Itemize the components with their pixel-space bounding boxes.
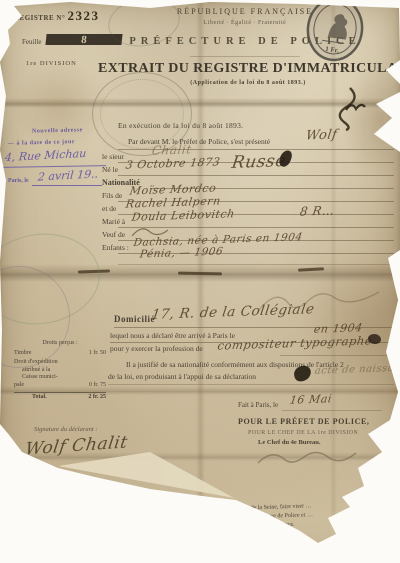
margin-stamp-line2: — à la date de ce jour xyxy=(8,139,75,147)
enfant2-handwritten: Pénia, — 1906 xyxy=(139,246,224,261)
presentation-label: Par devant M. le Préfet de Police, s'est… xyxy=(128,137,270,146)
sieur-handwritten: Chalit xyxy=(151,142,193,157)
fait-a-paris-label: Fait à Paris, le xyxy=(238,401,278,409)
justification-handwritten: acte de naissance xyxy=(314,362,400,376)
fees-total-row: Total. 2 fr. 25 xyxy=(14,392,106,402)
fee-value: 1 fr. 50 xyxy=(89,350,106,358)
ink-mark xyxy=(344,100,368,114)
profession-label: pour y exercer la profession de xyxy=(110,344,203,353)
ink-blot xyxy=(368,334,381,344)
arrivee-label: lequel nous a déclaré être arrivé à Pari… xyxy=(110,331,235,340)
fait-date-handwritten: 16 Mai xyxy=(289,392,333,406)
execution-line: En exécution de la loi du 8 août 1893. xyxy=(118,121,243,130)
crease-vertical xyxy=(196,0,205,523)
registre-label: REGISTRE N° xyxy=(14,14,65,22)
fee-line: attribué à la xyxy=(14,367,106,375)
ne-le-label: Né le xyxy=(102,165,118,174)
declarant-label: Signature du déclarant : xyxy=(34,426,98,433)
feuille-number: 8 xyxy=(81,34,88,46)
writing-line xyxy=(280,355,392,356)
sieur-label: le sieur xyxy=(102,152,124,161)
enfants-label: Enfants : xyxy=(102,243,129,252)
marie-label: Marié à xyxy=(102,217,125,226)
crease-vertical xyxy=(330,0,337,523)
feuille-label: Feuille xyxy=(22,38,41,46)
justification-line2: de la loi, en produisant à l'appui de sa… xyxy=(108,372,256,381)
fees-row-timbre: Timbre 1 fr. 50 xyxy=(14,350,106,358)
fee-label: Timbre xyxy=(14,350,31,358)
et-de-label: et de xyxy=(102,204,116,213)
fees-header: Droits perçus : xyxy=(14,340,106,348)
pour-prefet-line: POUR LE PRÉFET DE POLICE, xyxy=(238,417,370,426)
domicile-label: Domicilié xyxy=(114,314,155,324)
registre-block: REGISTRE N° 2323 xyxy=(14,8,100,24)
fils-de-label: Fils de xyxy=(102,191,122,200)
veuf-label: Veuf de xyxy=(102,230,125,239)
revenue-stamp: 1 Fr. xyxy=(302,0,369,66)
divider xyxy=(190,56,300,57)
footer-line3: nouvelle résidence. xyxy=(214,518,364,532)
margin-date-handwritten: 2 avril 19.. xyxy=(37,167,99,183)
margin-address-handwritten: 4, Rue Michau xyxy=(4,147,87,164)
fees-total-value: 2 fr. 25 xyxy=(88,394,106,402)
margin-place-label: Paris, le xyxy=(8,178,29,184)
registre-number: 2323 xyxy=(68,8,100,23)
domicile-handwritten: 17, R. de la Collégiale xyxy=(150,301,315,323)
ne-le-handwritten: 3 Octobre 1873 xyxy=(125,155,221,171)
division-label: 1re DIVISION xyxy=(26,60,77,67)
writing-line xyxy=(108,384,394,385)
official-signature xyxy=(252,447,362,471)
revenue-stamp-graphic: 1 Fr. xyxy=(302,0,369,66)
margin-rule xyxy=(32,185,102,186)
chef-bureau-line: Le Chef du 4e Bureau. xyxy=(258,439,321,446)
pour-chef-line: POUR LE CHEF DE LA 1re DIVISION xyxy=(248,430,358,436)
writing-line xyxy=(282,410,382,411)
marie-note-handwritten: 8 R… xyxy=(299,203,336,218)
fee-line: Caisse munici- xyxy=(14,374,106,382)
feuille-number-stamp: 8 xyxy=(45,34,122,45)
footer-fragment: le département de la Seine, faire viser … xyxy=(214,500,365,532)
writing-line xyxy=(118,175,394,176)
fees-row-expedition: Droit d'expédition attribué à la Caisse … xyxy=(14,359,106,389)
fee-value: 0 fr. 75 xyxy=(89,382,106,390)
margin-stamp-line1: Nouvelle adresse xyxy=(32,127,83,134)
document-paper: REGISTRE N° 2323 Feuille 8 1re DIVISION … xyxy=(0,0,400,563)
presentation-handwritten: Wolf xyxy=(305,127,339,143)
justification-line1: Il a justifié de sa nationalité conformé… xyxy=(126,360,344,369)
scan-background: { "plate": { "registre_label": "REGISTRE… xyxy=(0,0,400,563)
profession-handwritten: compositeur typographe xyxy=(217,333,374,352)
writing-line xyxy=(118,264,394,265)
fees-total-label: Total. xyxy=(14,394,47,402)
marie-handwritten: Doula Leibovitch xyxy=(131,207,236,224)
fee-line: Droit d'expédition xyxy=(14,359,106,367)
fee-line: pale xyxy=(14,382,24,390)
